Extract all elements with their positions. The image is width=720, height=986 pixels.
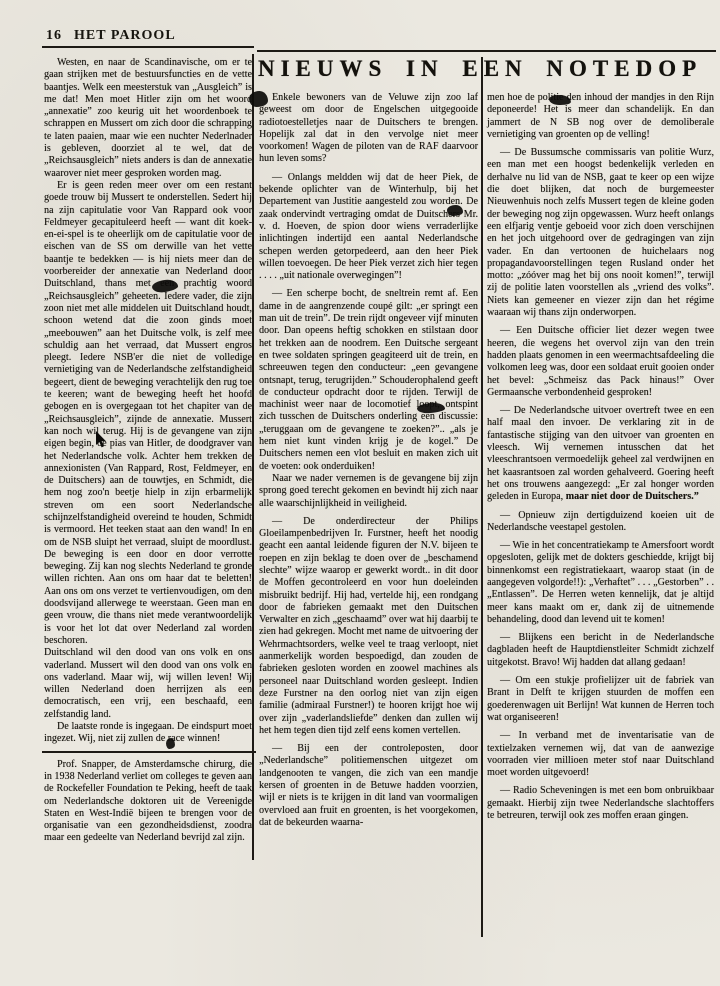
news-paragraph: men hoe de politie den inhoud der mandje… xyxy=(487,92,714,141)
newspaper-page: 16HET PAROOL NIEUWS IN EEN NOTEDOP Weste… xyxy=(0,0,720,986)
article-paragraph: Er is geen reden meer over om een restan… xyxy=(44,180,252,647)
news-paragraph: — Radio Scheveningen is met een bom onbr… xyxy=(487,785,714,822)
news-text-bold: maar niet door de Duitschers.” xyxy=(566,491,699,502)
news-paragraph: Enkele bewoners van de Veluwe zijn zoo l… xyxy=(259,92,478,166)
news-paragraph: — Om een stukje profielijzer uit de fabr… xyxy=(487,675,714,724)
header-rule xyxy=(42,46,254,48)
article-separator-rule xyxy=(42,751,256,753)
column-divider-right xyxy=(481,57,483,937)
article-paragraph: Westen, en naar de Scandinavische, om er… xyxy=(44,57,252,180)
left-column: Westen, en naar de Scandinavische, om er… xyxy=(44,57,252,845)
ink-blot xyxy=(166,738,175,749)
news-paragraph: — Onlangs meldden wij dat de heer Piek, … xyxy=(259,172,478,283)
page-header: 16HET PAROOL xyxy=(46,28,176,44)
news-paragraph: Naar we nader vernemen is de gevangene b… xyxy=(259,473,478,510)
article-paragraph: Duitschland wil den dood van ons volk en… xyxy=(44,647,252,721)
column-divider-left xyxy=(252,54,254,860)
ink-blot xyxy=(447,205,463,216)
arrow-ink-mark xyxy=(95,431,107,448)
news-paragraph: — De Nederlandsche uitvoer overtreft twe… xyxy=(487,405,714,503)
headline-top-rule xyxy=(257,50,716,52)
news-paragraph: — Bij een der controleposten, door „Nede… xyxy=(259,743,478,829)
middle-column: Enkele bewoners van de Veluwe zijn zoo l… xyxy=(259,92,478,829)
news-paragraph: — Blijkens een bericht in de Nederlandsc… xyxy=(487,632,714,669)
news-paragraph: — Een scherpe bocht, de sneltrein remt a… xyxy=(259,288,478,472)
news-paragraph: — Opnieuw zijn dertigduizend koeien uit … xyxy=(487,510,714,535)
ink-blot xyxy=(249,91,268,107)
masthead-title: HET PAROOL xyxy=(74,28,176,43)
page-number: 16 xyxy=(46,28,62,43)
news-paragraph: — De onderdirecteur der Philips Gloeilam… xyxy=(259,516,478,737)
article-paragraph: De laatste ronde is ingegaan. De eindspu… xyxy=(44,721,252,746)
news-text: — De Nederlandsche uitvoer overtreft twe… xyxy=(487,405,714,502)
section-headline: NIEUWS IN EEN NOTEDOP xyxy=(258,56,716,82)
news-paragraph: — In verband met de inventarisatie van d… xyxy=(487,730,714,779)
article-paragraph: Prof. Snapper, de Amsterdamsche chirurg,… xyxy=(44,759,252,845)
news-paragraph: — Wie in het concentratiekamp te Amersfo… xyxy=(487,540,714,626)
news-paragraph: — Een Duitsche officier liet dezer wegen… xyxy=(487,325,714,399)
news-paragraph: — De Bussumsche commissaris van politie … xyxy=(487,147,714,319)
right-column: men hoe de politie den inhoud der mandje… xyxy=(487,92,714,822)
